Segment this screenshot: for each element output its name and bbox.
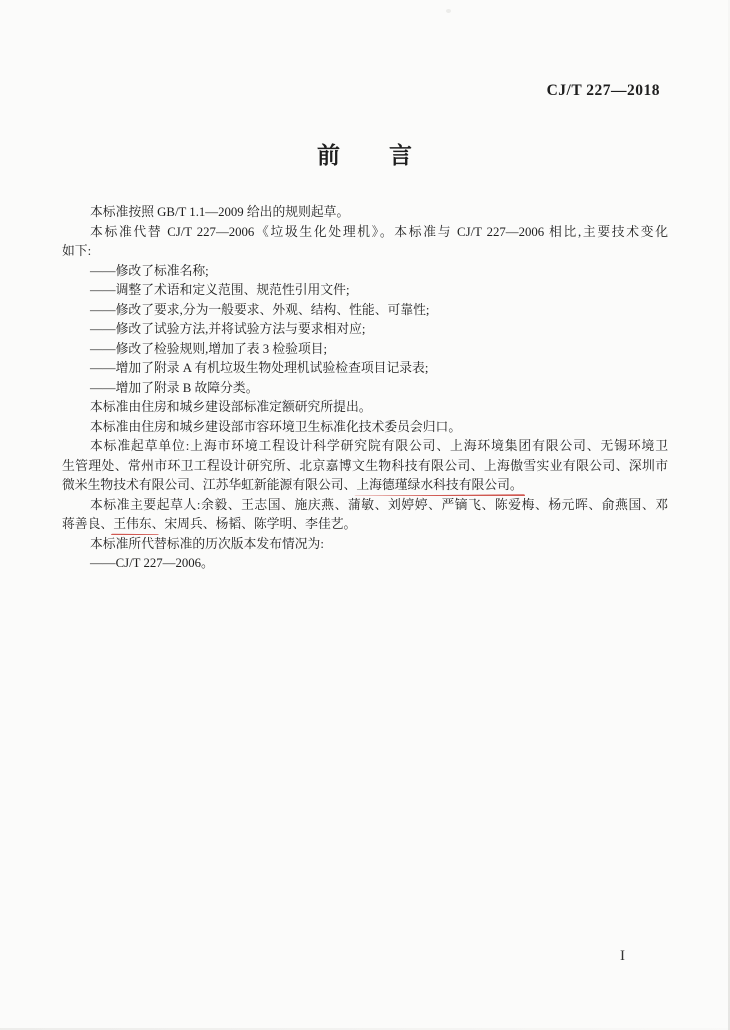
text-line: ——修改了要求,分为一般要求、外观、结构、性能、可靠性; (62, 301, 668, 321)
text-run: ——修改了标准名称; (90, 264, 209, 278)
text-run: 本标准代替 CJ/T 227—2006《垃圾生化处理机》。本标准与 CJ/T 2… (90, 225, 668, 239)
text-line: ——调整了术语和定义范围、规范性引用文件; (62, 281, 668, 301)
text-run: 蒋善良、 (62, 517, 113, 531)
foreword-body: 本标准按照 GB/T 1.1—2009 给出的规则起草。 本标准代替 CJ/T … (62, 203, 668, 574)
text-run: 本标准按照 GB/T 1.1—2009 给出的规则起草。 (90, 205, 349, 219)
text-line: 本标准代替 CJ/T 227—2006《垃圾生化处理机》。本标准与 CJ/T 2… (62, 223, 668, 243)
page-title-char-right: 言 (389, 137, 413, 170)
text-run: ——增加了附录 A 有机垃圾生物处理机试验检查项目记录表; (90, 361, 428, 375)
text-line: 本标准所代替标准的历次版本发布情况为: (62, 535, 668, 555)
text-run: 本标准主要起草人:余毅、王志国、施庆燕、蒲敏、刘婷婷、严镝飞、陈爱梅、杨元晖、俞… (90, 498, 668, 516)
page-number: I (620, 948, 625, 965)
text-line: 本标准起草单位:上海市环境工程设计科学研究院有限公司、上海环境集团有限公司、无锡… (62, 437, 668, 457)
page-title-char-left: 前 (317, 137, 341, 170)
text-run: ——修改了要求,分为一般要求、外观、结构、性能、可靠性; (90, 303, 429, 317)
text-line: 本标准主要起草人:余毅、王志国、施庆燕、蒲敏、刘婷婷、严镝飞、陈爱梅、杨元晖、俞… (62, 496, 668, 516)
text-line: ——增加了附录 B 故障分类。 (62, 379, 668, 399)
text-run: ——调整了术语和定义范围、规范性引用文件; (90, 283, 350, 297)
document-page: CJ/T 227—2018 前 言 本标准按照 GB/T 1.1—2009 给出… (0, 0, 730, 1030)
text-run: ——CJ/T 227—2006。 (90, 556, 214, 570)
text-line: 本标准按照 GB/T 1.1—2009 给出的规则起草。 (62, 203, 668, 223)
text-run: ——修改了检验规则,增加了表 3 检验项目; (90, 342, 327, 356)
text-line: 本标准由住房和城乡建设部标准定额研究所提出。 (62, 398, 668, 418)
text-run: 本标准所代替标准的历次版本发布情况为: (90, 537, 324, 551)
text-run: 本标准由住房和城乡建设部标准定额研究所提出。 (90, 400, 372, 414)
text-line: 如下: (62, 242, 668, 262)
text-run: 生管理处、常州市环卫工程设计研究所、北京嘉博文生物科技有限公司、上海傲雪实业有限… (62, 459, 668, 473)
scan-artifact (446, 9, 451, 13)
text-run: 、宋周兵、杨韬、陈学明、李佳艺。 (152, 517, 357, 531)
page-title: 前 言 (0, 137, 730, 170)
text-line: ——增加了附录 A 有机垃圾生物处理机试验检查项目记录表; (62, 359, 668, 379)
red-underlined-person: 王伟东 (113, 515, 151, 535)
text-line: 本标准由住房和城乡建设部市容环境卫生标准化技术委员会归口。 (62, 418, 668, 438)
text-run: 本标准由住房和城乡建设部市容环境卫生标准化技术委员会归口。 (90, 420, 461, 434)
text-run: ——增加了附录 B 故障分类。 (90, 381, 259, 395)
text-line: ——修改了标准名称; (62, 262, 668, 282)
text-line: 生管理处、常州市环卫工程设计研究所、北京嘉博文生物科技有限公司、上海傲雪实业有限… (62, 457, 668, 477)
text-run: 本标准起草单位:上海市环境工程设计科学研究院有限公司、上海环境集团有限公司、无锡… (90, 439, 668, 453)
text-line: ——修改了试验方法,并将试验方法与要求相对应; (62, 320, 668, 340)
doc-number: CJ/T 227—2018 (547, 82, 660, 100)
text-line: 蒋善良、王伟东、宋周兵、杨韬、陈学明、李佳艺。 (62, 515, 668, 535)
text-line: 微米生物技术有限公司、江苏华虹新能源有限公司、上海德瑾绿水科技有限公司。 (62, 476, 668, 496)
red-underlined-company: 上海德瑾绿水科技有限公司。 (356, 476, 522, 496)
text-run: 如下: (62, 244, 91, 258)
text-line: ——CJ/T 227—2006。 (62, 554, 668, 574)
text-run: ——修改了试验方法,并将试验方法与要求相对应; (90, 322, 366, 336)
text-run: 微米生物技术有限公司、江苏华虹新能源有限公司、 (62, 478, 356, 492)
text-line: ——修改了检验规则,增加了表 3 检验项目; (62, 340, 668, 360)
